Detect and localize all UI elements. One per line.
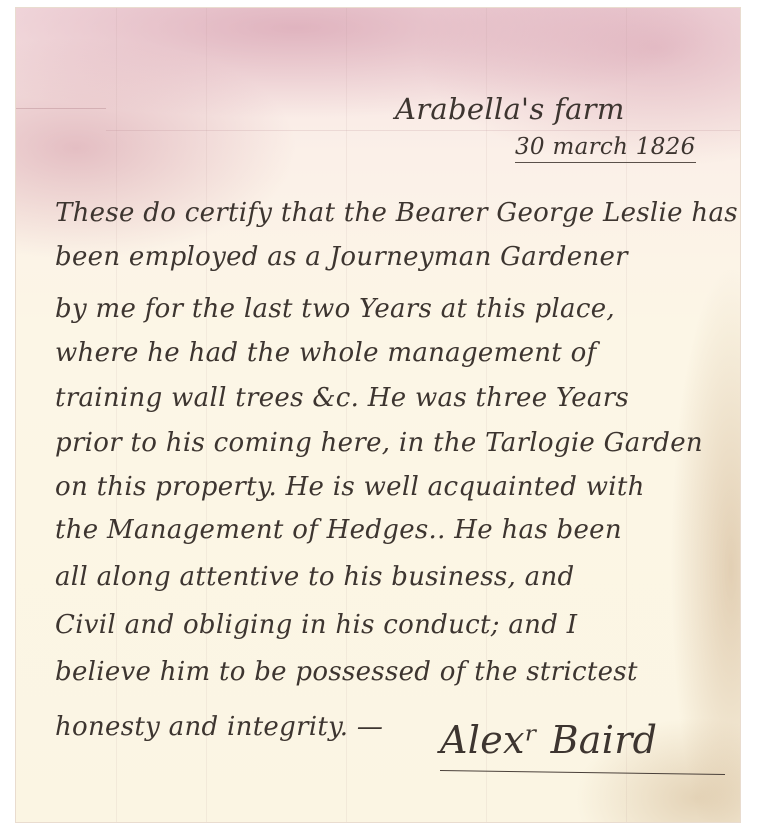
body-line: the Management of Hedges.. He has been [55, 515, 622, 545]
paper-chain-line [206, 8, 207, 822]
fold-crease [106, 130, 740, 131]
paper-chain-line [346, 8, 347, 822]
body-line: believe him to be possessed of the stric… [55, 657, 638, 687]
paper-chain-line [626, 8, 627, 822]
body-line: all along attentive to his business, and [55, 562, 574, 592]
body-line: been employed as a Journeyman Gardener [55, 242, 628, 272]
body-line: prior to his coming here, in the Tarlogi… [55, 428, 703, 458]
body-line: on this property. He is well acquainted … [55, 472, 645, 502]
body-line: These do certify that the Bearer George … [55, 198, 738, 228]
letter-place: Arabella's farm [395, 92, 625, 126]
body-line: Civil and obliging in his conduct; and I [55, 610, 577, 640]
letter-date: 30 march 1826 [515, 134, 696, 163]
body-line: where he had the whole management of [55, 338, 597, 368]
letter-paper [16, 8, 740, 822]
paper-chain-line [116, 8, 117, 822]
body-line: by me for the last two Years at this pla… [55, 294, 615, 324]
body-line: honesty and integrity. — [55, 712, 383, 742]
body-line: training wall trees &c. He was three Yea… [55, 383, 629, 413]
fold-crease [16, 108, 106, 109]
paper-chain-line [486, 8, 487, 822]
signature: Alexʳ Baird [440, 718, 657, 762]
